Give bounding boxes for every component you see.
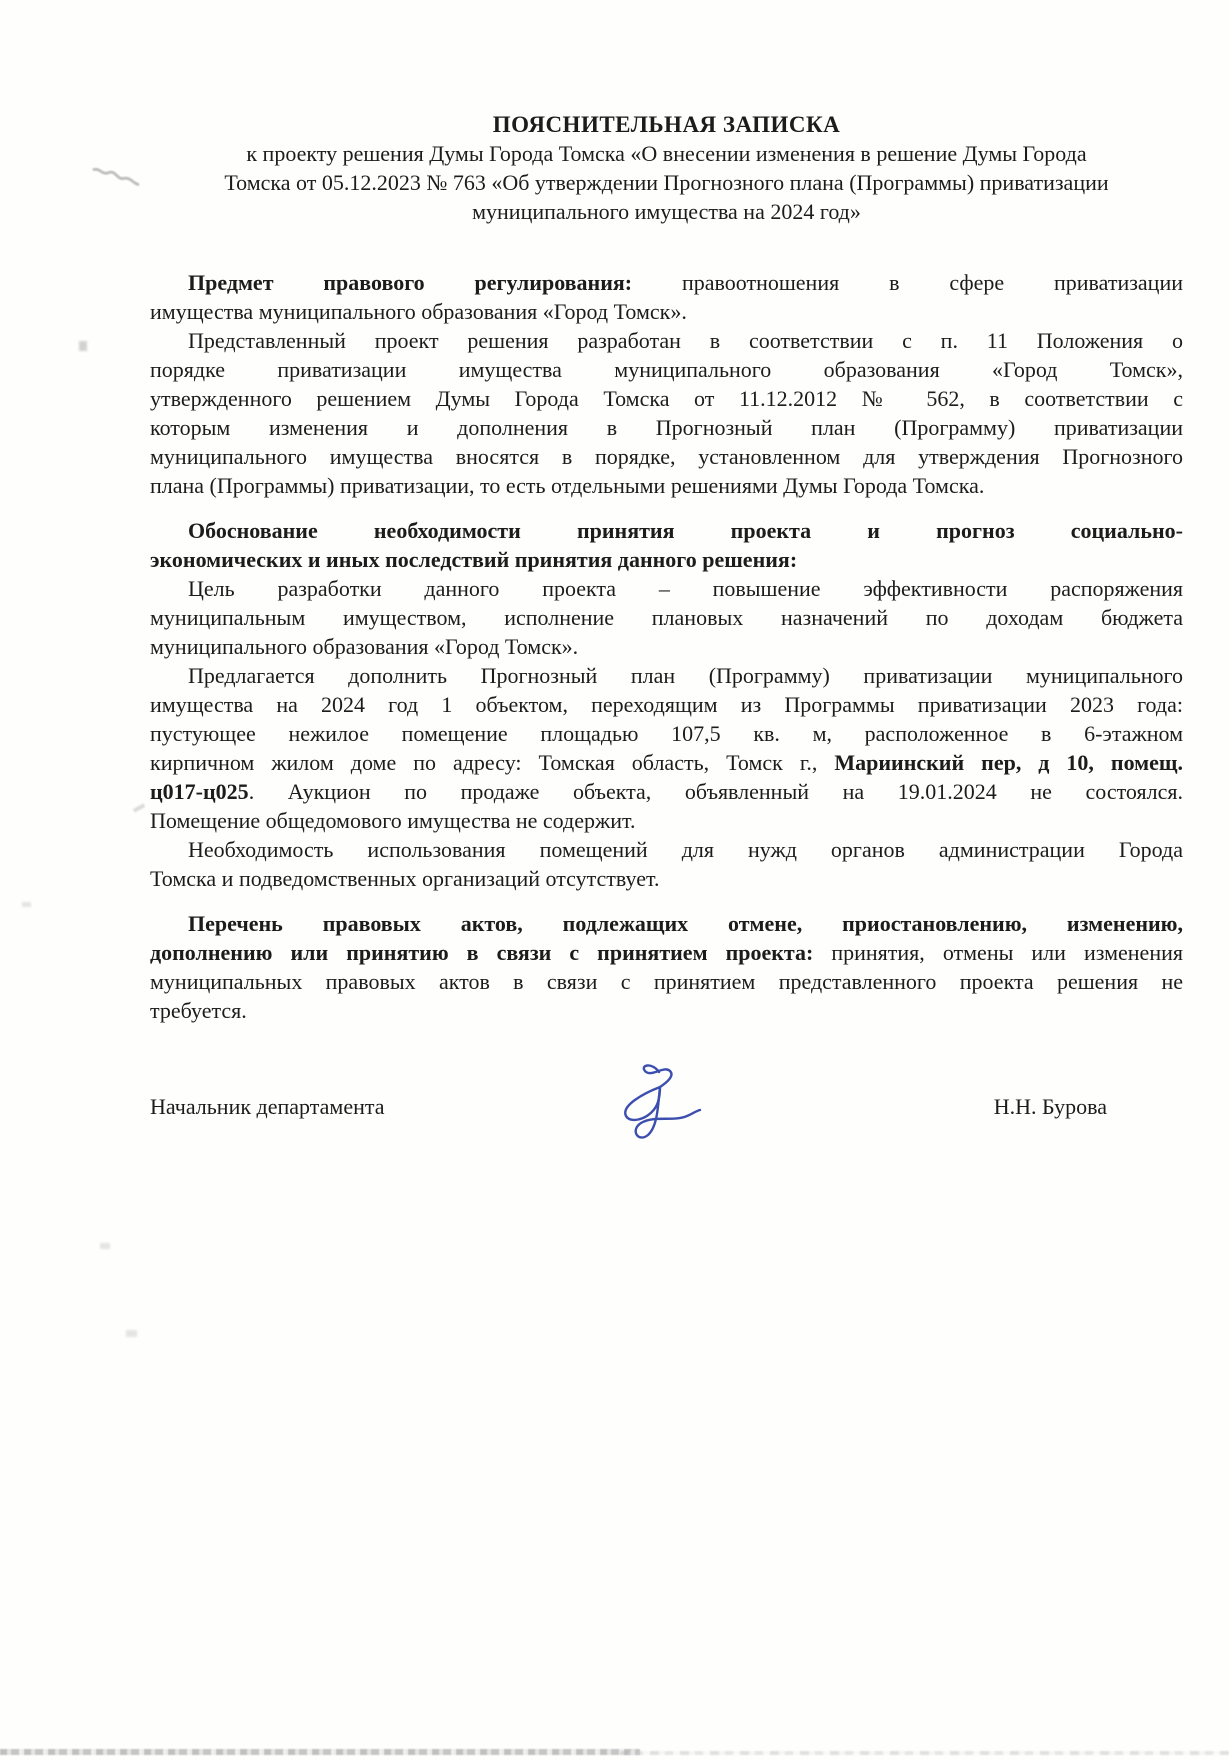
document-title: ПОЯСНИТЕЛЬНАЯ ЗАПИСКА [150, 110, 1183, 139]
text-line: Обоснование необходимости принятия проек… [150, 516, 1183, 545]
text-segment: пустующее нежилое помещение площадью 107… [150, 721, 1183, 746]
text-line: Предмет правового регулирования: правоот… [150, 268, 1183, 297]
text-segment: имущества на 2024 год 1 объектом, перехо… [150, 692, 1183, 717]
paragraph: Цель разработки данного проекта – повыше… [150, 574, 1183, 661]
text-line: порядке приватизации имущества муниципал… [150, 355, 1183, 384]
paragraph: Перечень правовых актов, подлежащих отме… [150, 909, 1183, 1025]
text-segment: правоотношения в сфере приватизации [632, 270, 1183, 295]
paragraph: Представленный проект решения разработан… [150, 326, 1183, 500]
handwritten-signature-icon [597, 1058, 705, 1158]
text-segment: Необходимость использования помещений дл… [188, 837, 1183, 862]
paragraph: Предлагается дополнить Прогнозный план (… [150, 661, 1183, 835]
text-line: требуется. [150, 996, 1183, 1025]
document-subtitle: к проекту решения Думы Города Томска «О … [150, 139, 1183, 226]
text-line: муниципальных правовых актов в связи с п… [150, 967, 1183, 996]
text-segment: муниципального имущества вносятся в поря… [150, 444, 1183, 469]
bold-text-segment: Обоснование необходимости принятия проек… [188, 518, 1183, 543]
bold-text-segment: Перечень правовых актов, подлежащих отме… [188, 911, 1183, 936]
signer-position-label: Начальник департамента [150, 1092, 385, 1121]
text-segment: Томска и подведомственных организаций от… [150, 866, 659, 891]
text-line: имущества на 2024 год 1 объектом, перехо… [150, 690, 1183, 719]
text-segment: Представленный проект решения разработан… [188, 328, 1183, 353]
paragraph: Необходимость использования помещений дл… [150, 835, 1183, 893]
bold-text-segment: Предмет правового регулирования: [188, 270, 632, 295]
text-line: Помещение общедомового имущества не соде… [150, 806, 1183, 835]
paragraph: Предмет правового регулирования: правоот… [150, 268, 1183, 326]
text-line: которым изменения и дополнения в Прогноз… [150, 413, 1183, 442]
text-line: плана (Программы) приватизации, то есть … [150, 471, 1183, 500]
text-segment: порядке приватизации имущества муниципал… [150, 357, 1183, 382]
text-segment: муниципальных правовых актов в связи с п… [150, 969, 1183, 994]
bold-text-segment: экономических и иных последствий приняти… [150, 547, 797, 572]
subtitle-line: Томска от 05.12.2023 № 763 «Об утвержден… [150, 168, 1183, 197]
text-segment: Предлагается дополнить Прогнозный план (… [188, 663, 1183, 688]
text-line: Представленный проект решения разработан… [150, 326, 1183, 355]
text-line: Перечень правовых актов, подлежащих отме… [150, 909, 1183, 938]
text-line: кирпичном жилом доме по адресу: Томская … [150, 748, 1183, 777]
subtitle-line: к проекту решения Думы Города Томска «О … [150, 139, 1183, 168]
text-segment: муниципального образования «Город Томск»… [150, 634, 578, 659]
scan-speck-artifact [133, 803, 145, 812]
text-line: дополнению или принятию в связи с принят… [150, 938, 1183, 967]
scan-bottom-edge-artifact [0, 1749, 640, 1755]
document-content: ПОЯСНИТЕЛЬНАЯ ЗАПИСКА к проекту решения … [150, 110, 1183, 1025]
scanned-document-page: ПОЯСНИТЕЛЬНАЯ ЗАПИСКА к проекту решения … [0, 0, 1229, 1760]
text-segment: утвержденного решением Думы Города Томск… [150, 386, 1183, 411]
text-segment: Цель разработки данного проекта – повыше… [188, 576, 1183, 601]
bold-text-segment: Мариинский пер, д 10, помещ. [834, 750, 1183, 775]
text-line: муниципального имущества вносятся в поря… [150, 442, 1183, 471]
text-line: имущества муниципального образования «Го… [150, 297, 1183, 326]
text-segment: плана (Программы) приватизации, то есть … [150, 473, 984, 498]
text-line: Цель разработки данного проекта – повыше… [150, 574, 1183, 603]
subtitle-line: муниципального имущества на 2024 год» [150, 197, 1183, 226]
scan-bottom-edge-artifact [620, 1751, 1229, 1755]
text-line: Необходимость использования помещений дл… [150, 835, 1183, 864]
bold-text-segment: дополнению или принятию в связи с принят… [150, 940, 813, 965]
text-line: муниципального образования «Город Томск»… [150, 632, 1183, 661]
text-line: экономических и иных последствий приняти… [150, 545, 1183, 574]
text-segment: Помещение общедомового имущества не соде… [150, 808, 635, 833]
scan-speck-artifact [22, 902, 31, 907]
text-segment: кирпичном жилом доме по адресу: Томская … [150, 750, 834, 775]
text-line: Предлагается дополнить Прогнозный план (… [150, 661, 1183, 690]
text-segment: принятия, отмены или изменения [813, 940, 1183, 965]
text-segment: . Аукцион по продаже объекта, объявленны… [249, 779, 1183, 804]
document-paragraphs: Предмет правового регулирования: правоот… [150, 268, 1183, 1025]
scan-speck-artifact [79, 341, 87, 351]
text-segment: муниципальным имуществом, исполнение пла… [150, 605, 1183, 630]
scan-speck-artifact [126, 1330, 137, 1337]
paragraph: Обоснование необходимости принятия проек… [150, 516, 1183, 574]
signer-name-label: Н.Н. Бурова [994, 1092, 1107, 1121]
text-line: пустующее нежилое помещение площадью 107… [150, 719, 1183, 748]
text-line: утвержденного решением Думы Города Томск… [150, 384, 1183, 413]
text-line: ц017-ц025. Аукцион по продаже объекта, о… [150, 777, 1183, 806]
scan-speck-artifact [100, 1243, 110, 1249]
text-line: муниципальным имуществом, исполнение пла… [150, 603, 1183, 632]
text-segment: имущества муниципального образования «Го… [150, 299, 687, 324]
text-line: Томска и подведомственных организаций от… [150, 864, 1183, 893]
bold-text-segment: ц017-ц025 [150, 779, 249, 804]
scan-smudge-artifact [88, 158, 144, 197]
title-block: ПОЯСНИТЕЛЬНАЯ ЗАПИСКА к проекту решения … [150, 110, 1183, 226]
text-segment: требуется. [150, 998, 247, 1023]
text-segment: которым изменения и дополнения в Прогноз… [150, 415, 1183, 440]
